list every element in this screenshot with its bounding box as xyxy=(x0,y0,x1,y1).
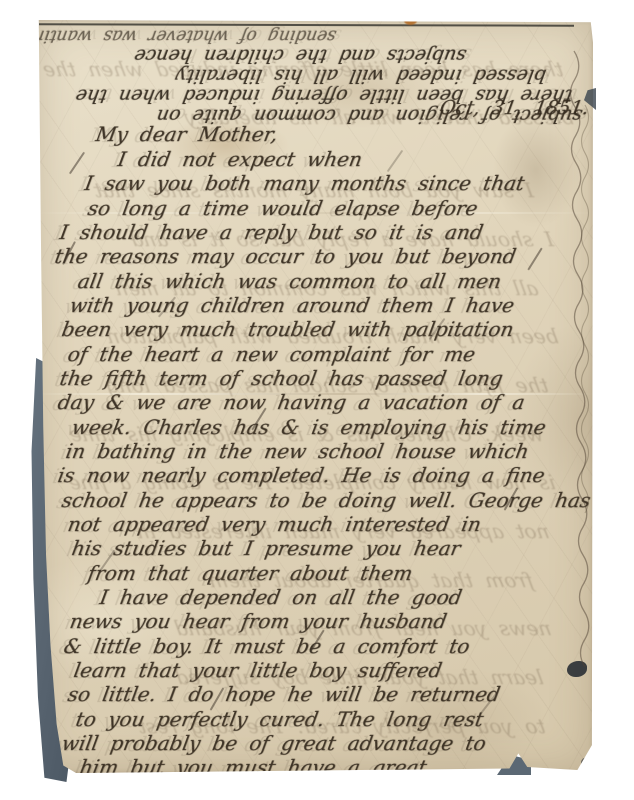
handwriting-line: to you perfectly cured. The long rest xyxy=(74,707,486,731)
handwriting-line: of the heart a new complaint for me xyxy=(66,342,477,366)
handwriting-line: his studies but I presume you hear xyxy=(70,536,463,560)
salutation: My dear Mother, xyxy=(94,122,280,146)
handwriting-line: the reasons may occur to you but beyond xyxy=(53,244,518,268)
handwriting-line: with young children around them I have xyxy=(68,293,516,317)
ink-slash xyxy=(527,247,542,270)
handwriting-line: so little. I do hope he will be returned xyxy=(66,682,502,706)
handwriting-line: not appeared very much interested in xyxy=(66,512,483,536)
ink-blot xyxy=(581,757,593,767)
handwriting-line: I should have a reply but so it is and xyxy=(58,220,485,244)
ink-slash xyxy=(387,150,404,172)
letter-paper: subject of religion and common quite on … xyxy=(36,20,593,773)
handwriting-line: is now nearly completed. He is doing a f… xyxy=(56,463,547,487)
rust-stain xyxy=(404,16,417,25)
handwriting-line: all this which was common to all men xyxy=(76,269,503,293)
handwriting-line: in bathing in the new school house which xyxy=(64,439,531,463)
handwriting-line: been very much troubled with palpitation xyxy=(60,317,516,341)
handwriting-line-clipped: deal and believe me yours truly xyxy=(118,770,472,794)
handwriting-line: from that quarter about them xyxy=(86,561,415,585)
handwriting-line: sending of whatever was wanting xyxy=(20,24,338,48)
handwriting-line: week. Charles has & is employing his tim… xyxy=(70,415,548,439)
handwriting-line: so long a time would elapse before xyxy=(86,196,480,220)
handwriting-line: day & we are now having a vacation of a xyxy=(56,390,527,414)
ink-slash xyxy=(69,152,85,175)
handwriting-line: learn that your little boy suffered xyxy=(72,658,444,682)
right-margin-scrawl-marks xyxy=(558,45,592,757)
handwriting-line: I have depended on all the good xyxy=(98,585,464,609)
handwriting-line: I saw you both many months since that xyxy=(83,171,527,195)
handwriting-line: & little boy. It must be a comfort to xyxy=(62,634,472,658)
handwriting-line: news you hear from your husband xyxy=(68,609,449,633)
scanned-letter-page: subject of religion and common quite on … xyxy=(0,0,634,800)
handwriting-line: the fifth term of school has passed long xyxy=(58,366,505,390)
handwriting-line: will probably be of great advantage to xyxy=(60,731,488,755)
handwriting-line: him but you must have a great xyxy=(78,755,429,779)
handwriting-line: I did not expect when xyxy=(116,147,364,171)
